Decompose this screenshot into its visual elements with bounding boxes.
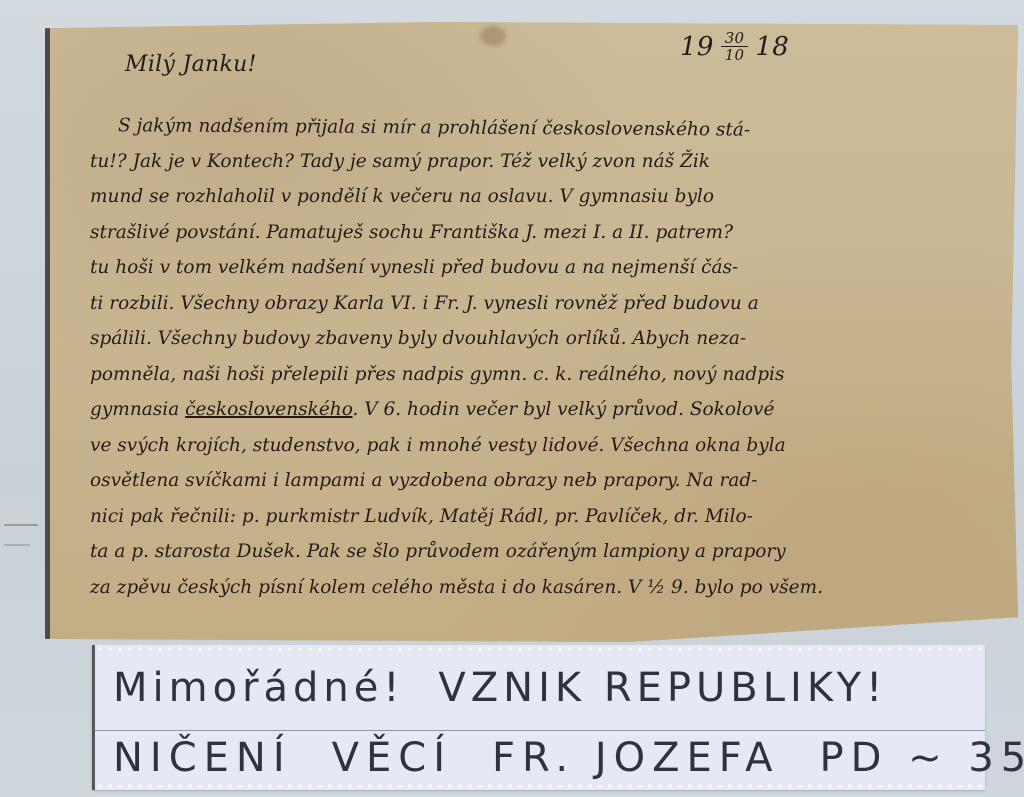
date-day-month: 30 10 [721, 30, 749, 63]
underlined-word: československého [185, 399, 352, 420]
letter-line: mund se rozhlaholil v pondělí k večeru n… [90, 179, 1000, 215]
label-ruling-line [95, 730, 985, 731]
letter-greeting: Milý Janku! [125, 52, 257, 77]
letter-line: S jakým nadšením přijala si mír a prohlá… [90, 108, 1000, 150]
letter-line-underlined: gymnasia československého. V 6. hodin ve… [90, 392, 1000, 428]
letter-line: ve svých krojích, studenstvo, pak i mnoh… [90, 428, 1000, 464]
letter-line: za zpěvu českých písní kolem celého měst… [90, 570, 1000, 606]
letter-line: nici pak řečnili: p. purkmistr Ludvík, M… [90, 499, 1000, 535]
label-republic-origin: VZNIK REPUBLIKY! [438, 665, 887, 711]
label-price: PD ~ 3500,- [819, 735, 1024, 781]
letter-line: osvětlena svíčkami i lampami a vyzdobena… [90, 463, 1000, 499]
letter-body: S jakým nadšením přijala si mír a prohlá… [90, 108, 1000, 605]
label-extraordinary: Mimořádné! [113, 665, 404, 711]
letter-line: pomněla, naši hoši přelepili přes nadpis… [90, 357, 1000, 393]
letter-date: 19 30 10 18 [680, 30, 789, 63]
letter-line: strašlivé povstání. Pamatuješ sochu Fran… [90, 215, 1000, 251]
letter-line: ta a p. starosta Dušek. Pak se šlo průvo… [90, 534, 1000, 570]
letter-line: tu hoši v tom velkém nadšení vynesli pře… [90, 250, 1000, 286]
label-things: VĚCÍ [332, 735, 452, 781]
label-destruction: NIČENÍ [113, 735, 292, 781]
pencil-mark [4, 524, 38, 526]
date-day: 30 [721, 30, 749, 47]
date-year: 18 [755, 32, 789, 62]
date-month: 10 [725, 47, 745, 63]
label-row-2: NIČENÍVĚCÍFR. JOZEFAPD ~ 3500,- [113, 735, 1024, 781]
pencil-mark [4, 544, 30, 546]
paper-stain [480, 26, 506, 46]
description-label: Mimořádné!VZNIK REPUBLIKY! NIČENÍVĚCÍFR.… [92, 645, 985, 790]
letter-line: spálili. Všechny budovy zbaveny byly dvo… [90, 321, 1000, 357]
label-franz-joseph: FR. JOZEFA [492, 735, 779, 781]
label-row-1: Mimořádné!VZNIK REPUBLIKY! [113, 665, 887, 711]
letter-line: ti rozbili. Všechny obrazy Karla VI. i F… [90, 286, 1000, 322]
date-century: 19 [680, 32, 714, 62]
